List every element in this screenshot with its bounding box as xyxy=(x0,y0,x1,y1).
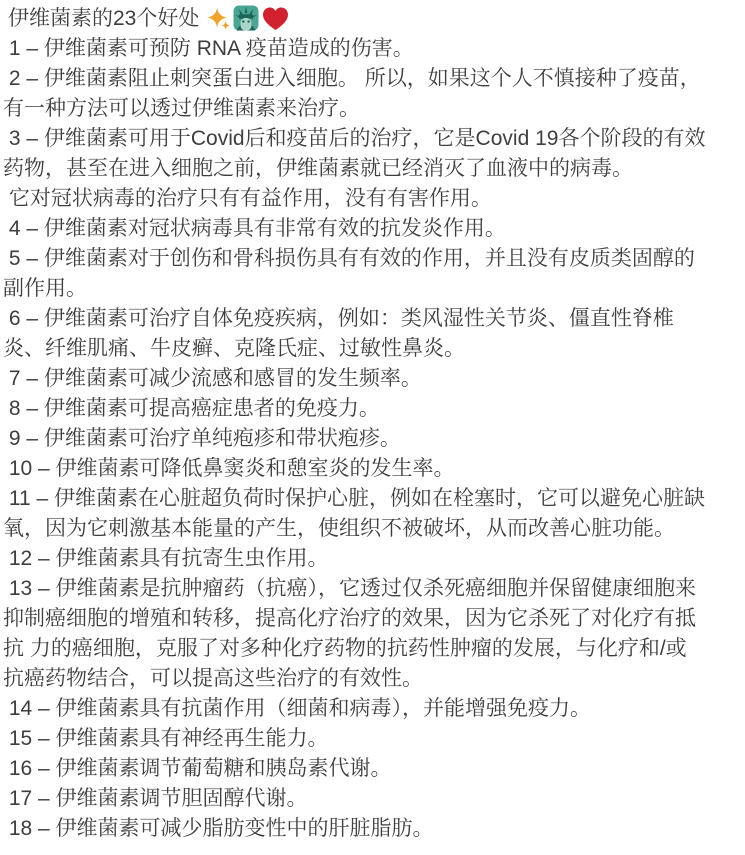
benefit-item-14: 14 – 伊维菌素具有抗菌作用（细菌和病毒），并能增强免疫力。 xyxy=(3,694,743,724)
sparkles-icon xyxy=(207,7,230,31)
post-body: 1 – 伊维菌素可预防 RNA 疫苗造成的伤害。 2 – 伊维菌素阻止刺突蛋白进… xyxy=(3,34,743,844)
post-title: 伊维菌素的23个好处 xyxy=(3,4,743,34)
benefit-item-9: 9 – 伊维菌素可治疗单纯疱疹和带状疱疹。 xyxy=(3,424,743,454)
benefit-item-1: 1 – 伊维菌素可预防 RNA 疫苗造成的伤害。 xyxy=(3,34,743,64)
benefit-item-17: 17 – 伊维菌素调节胆固醇代谢。 xyxy=(3,784,743,814)
benefit-item-18: 18 – 伊维菌素可减少脂肪变性中的肝脏脂肪。 xyxy=(3,814,743,844)
benefit-item-12: 12 – 伊维菌素具有抗寄生虫作用。 xyxy=(3,544,743,574)
statue-of-liberty-icon xyxy=(233,5,259,31)
red-heart-icon xyxy=(262,6,289,31)
benefit-item-10: 10 – 伊维菌素可降低鼻窦炎和憩室炎的发生率。 xyxy=(3,454,743,484)
benefit-item-2: 2 – 伊维菌素阻止刺突蛋白进入细胞。 所以，如果这个人不慎接种了疫苗， 有一种… xyxy=(3,64,743,124)
benefit-item-4: 4 – 伊维菌素对冠状病毒具有非常有效的抗发炎作用。 xyxy=(3,214,743,244)
benefit-item-5: 5 – 伊维菌素对于创伤和骨科损伤具有有效的作用，并且没有皮质类固醇的 副作用。 xyxy=(3,244,743,304)
benefit-item-7: 7 – 伊维菌素可减少流感和感冒的发生频率。 xyxy=(3,364,743,394)
benefit-item-13: 13 – 伊维菌素是抗肿瘤药（抗癌），它透过仅杀死癌细胞并保留健康细胞来 抑制癌… xyxy=(3,574,743,694)
benefit-item-15: 15 – 伊维菌素具有神经再生能力。 xyxy=(3,724,743,754)
post: 伊维菌素的23个好处 1 – 伊维菌素可预防 RNA 疫苗造成的伤害。 2 – … xyxy=(0,0,745,844)
benefit-item-3: 3 – 伊维菌素可用于Covid后和疫苗后的治疗，它是Covid 19各个阶段的… xyxy=(3,124,743,184)
benefit-item-11: 11 – 伊维菌素在心脏超负荷时保护心脏，例如在栓塞时，它可以避免心脏缺 氧，因… xyxy=(3,484,743,544)
benefit-item-8: 8 – 伊维菌素可提高癌症患者的免疫力。 xyxy=(3,394,743,424)
benefit-3-note: 它对冠状病毒的治疗只有有益作用，没有有害作用。 xyxy=(3,184,743,214)
benefit-item-6: 6 – 伊维菌素可治疗自体免疫疾病，例如：类风湿性关节炎、僵直性脊椎 炎、纤维肌… xyxy=(3,304,743,364)
benefit-item-16: 16 – 伊维菌素调节葡萄糖和胰岛素代谢。 xyxy=(3,754,743,784)
post-title-text: 伊维菌素的23个好处 xyxy=(8,7,199,30)
